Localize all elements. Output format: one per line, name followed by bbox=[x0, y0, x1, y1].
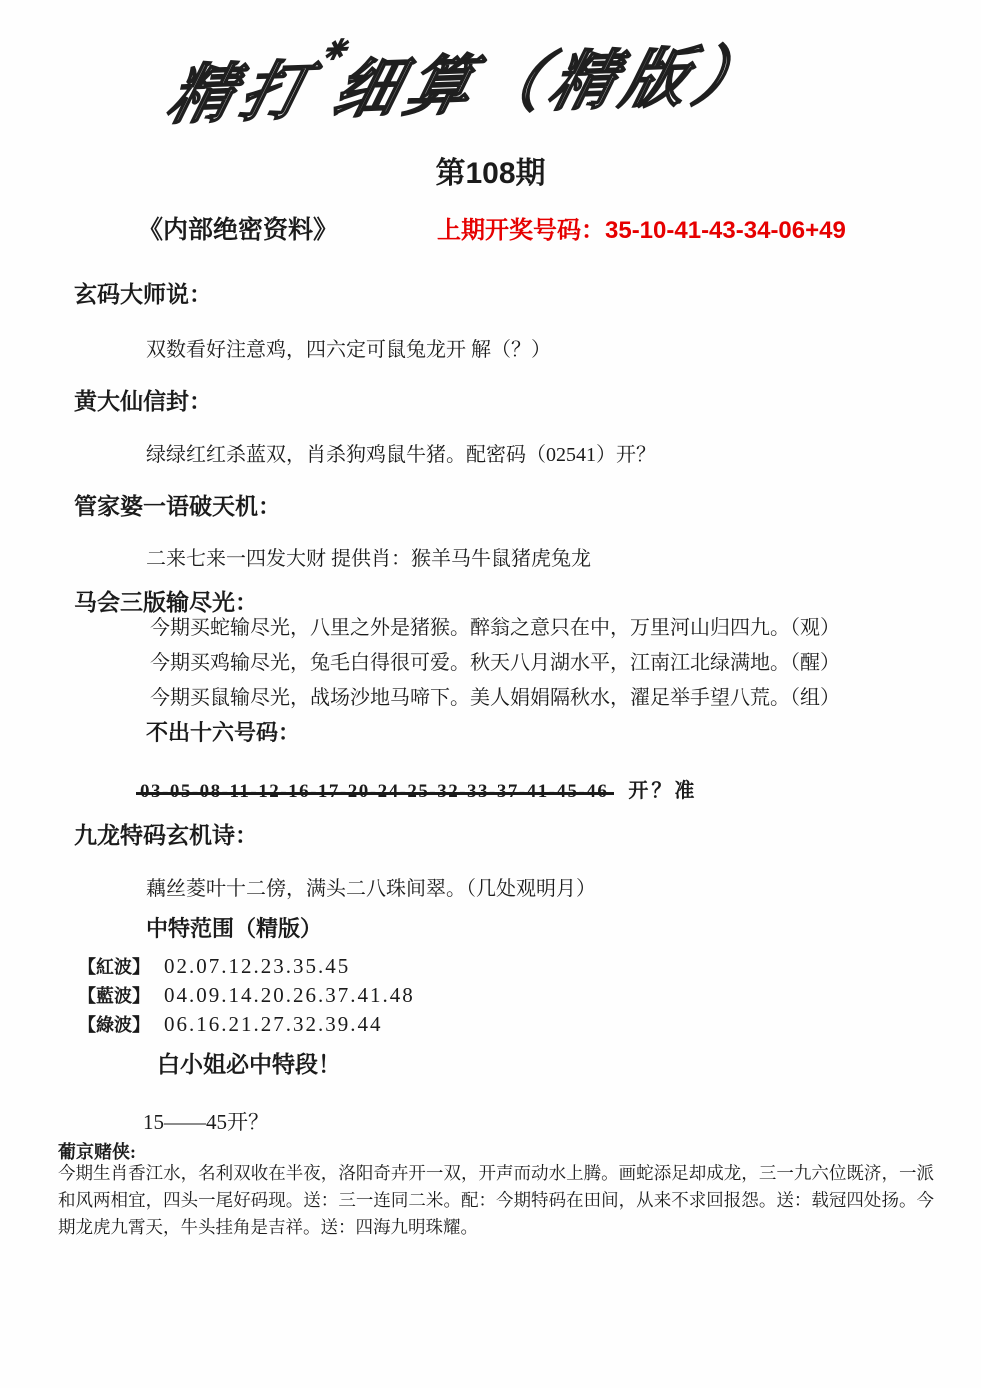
wave-row-blue: 【藍波】 04.09.14.20.26.37.41.48 bbox=[78, 981, 415, 1010]
mahui-verse-lines: 今期买蛇输尽光，八里之外是猪猴。醉翁之意只在中，万里河山归四九。（观） 今期买鸡… bbox=[150, 611, 840, 716]
green-wave-numbers: 06.16.21.27.32.39.44 bbox=[164, 1010, 383, 1038]
excluded-numbers-row: 03-05-08-11-12-16-17-20-24-25-32-33-37-4… bbox=[140, 774, 697, 803]
section-body-guanjiapo: 二来七来一四发大财 提供肖：猴羊马牛鼠猪虎兔龙 bbox=[146, 542, 591, 571]
section-body-xuanma: 双数看好注意鸡，四六定可鼠兔龙开 解（？） bbox=[146, 333, 551, 362]
section-heading-jiulong: 九龙特码玄机诗： bbox=[74, 817, 258, 850]
wave-row-red: 【紅波】 02.07.12.23.35.45 bbox=[78, 952, 415, 981]
section-heading-xuanma: 玄码大师说： bbox=[74, 276, 212, 309]
excluded-verdict: 开？准 bbox=[628, 780, 697, 802]
document-page: 精打✳细算（精版） 第108期 《内部绝密资料》 上期开奖号码：35-10-41… bbox=[0, 0, 981, 1388]
section-body-jiulong: 藕丝菱叶十二傍，满头二八珠间翠。（几处观明月） bbox=[146, 872, 596, 901]
blue-wave-label: 【藍波】 bbox=[78, 982, 150, 1010]
logo-calligraphy: 精打✳细算（精版） bbox=[125, 8, 815, 152]
logo-text-right: 细算（精版） bbox=[325, 23, 780, 131]
section-body-pujing: 今期生肖香江水，名利双收在半夜，洛阳奇卉开一双，开声而动水上腾。画蛇添足却成龙，… bbox=[58, 1160, 934, 1241]
wave-row-green: 【綠波】 06.16.21.27.32.39.44 bbox=[78, 1010, 415, 1039]
mahui-line-3: 今期买鼠输尽光，战场沙地马啼下。美人娟娟隔秋水，濯足举手望八荒。（组） bbox=[150, 681, 840, 716]
blue-wave-numbers: 04.09.14.20.26.37.41.48 bbox=[164, 981, 415, 1009]
mahui-line-1: 今期买蛇输尽光，八里之外是猪猴。醉翁之意只在中，万里河山归四九。（观） bbox=[150, 611, 840, 646]
section-heading-huangdaxian: 黄大仙信封： bbox=[74, 383, 212, 416]
mahui-line-2: 今期买鸡输尽光，兔毛白得很可爱。秋天八月湖水平，江南江北绿满地。（醒） bbox=[150, 646, 840, 681]
last-draw-numbers: 上期开奖号码：35-10-41-43-34-06+49 bbox=[437, 210, 846, 245]
red-wave-numbers: 02.07.12.23.35.45 bbox=[164, 952, 350, 980]
special-segment-guess: 15——45开？ bbox=[143, 1106, 269, 1136]
red-wave-label: 【紅波】 bbox=[78, 953, 150, 981]
section-heading-zhongte: 中特范围（精版） bbox=[146, 912, 322, 943]
logo-text-left: 精打 bbox=[160, 39, 327, 137]
green-wave-label: 【綠波】 bbox=[78, 1011, 150, 1039]
excluded-numbers: 03-05-08-11-12-16-17-20-24-25-32-33-37-4… bbox=[140, 781, 608, 802]
issue-title: 第108期 bbox=[0, 148, 981, 192]
section-heading-guanjiapo: 管家婆一语破天机： bbox=[74, 488, 281, 521]
subtitle: 《内部绝密资料》 bbox=[138, 210, 338, 246]
wave-number-list: 【紅波】 02.07.12.23.35.45 【藍波】 04.09.14.20.… bbox=[78, 952, 415, 1039]
section-heading-buchu: 不出十六号码： bbox=[146, 716, 300, 747]
section-body-huangdaxian: 绿绿红红杀蓝双，肖杀狗鸡鼠牛猪。配密码（02541）开？ bbox=[146, 438, 656, 467]
baixiaojie-claim: 白小姐必中特段！ bbox=[157, 1046, 341, 1079]
